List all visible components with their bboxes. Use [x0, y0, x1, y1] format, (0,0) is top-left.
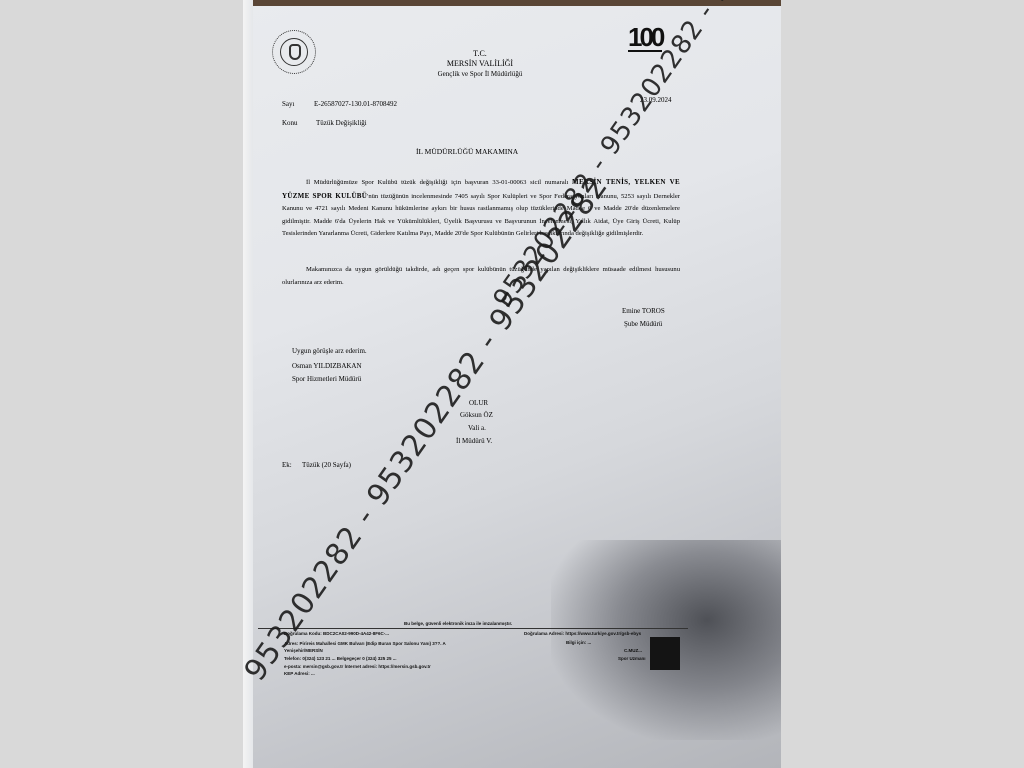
- footer-info-title: Spor Uzmanı: [618, 656, 646, 662]
- footer-email[interactable]: e-posta: mersin@gsb.gov.tr İnternet adre…: [284, 664, 431, 670]
- signer2-intro: Uygun görüşle arz ederim.: [292, 347, 367, 356]
- footer-divider: [258, 628, 688, 629]
- anniversary-logo: 100: [628, 24, 662, 52]
- sayi-value: E-26587027-130.01-8708492: [314, 100, 397, 109]
- approval-olur: OLUR: [469, 399, 488, 408]
- body-paragraph-1: İl Müdürlüğümüze Spor Kulübü tüzük değiş…: [282, 176, 680, 241]
- addressee: İL MÜDÜRLÜĞÜ MAKAMINA: [416, 147, 518, 156]
- konu-value: Tüzük Değişikliği: [316, 119, 367, 128]
- signer1-name: Emine TOROS: [622, 307, 665, 316]
- footer-kep: KEP Adresi: ...: [284, 671, 315, 677]
- footer-info-name: C.MUZ...: [624, 648, 642, 654]
- p1-intro: İl Müdürlüğümüze Spor Kulübü tüzük değiş…: [306, 179, 568, 186]
- sayi-label: Sayı: [282, 100, 294, 109]
- footer-notice: Bu belge, güvenli elektronik imza ile im…: [404, 621, 512, 627]
- approval-title1: Vali a.: [468, 424, 486, 433]
- approval-name: Göksun ÖZ: [460, 411, 493, 420]
- attachment-value: Tüzük (20 Sayfa): [302, 461, 351, 470]
- header-tc: T.C.: [400, 49, 560, 59]
- footer-phone: Telefon: 0(324) 123 21 ... Belgegeçer 0 …: [284, 656, 396, 662]
- attachment-label: Ek:: [282, 461, 292, 470]
- header-mudurluk: Gençlik ve Spor İl Müdürlüğü: [400, 69, 560, 79]
- ministry-emblem-icon: [272, 30, 316, 74]
- footer-verify-address[interactable]: Doğrulama Adresi: https://www.turkiye.go…: [524, 631, 641, 637]
- konu-label: Konu: [282, 119, 298, 128]
- signer1-title: Şube Müdürü: [624, 320, 662, 329]
- footer-info-label: Bilgi için: ...: [566, 640, 591, 646]
- approval-title2: İl Müdürü V.: [456, 437, 492, 446]
- signer2-name: Osman YILDIZBAKAN: [292, 362, 362, 371]
- body-paragraph-2: Makamınızca da uygun görüldüğü takdirde,…: [282, 264, 680, 289]
- signer2-title: Spor Hizmetleri Müdürü: [292, 375, 361, 384]
- footer-address: Adres: Pirireis Mahallesi GMK Bulvarı (E…: [284, 641, 446, 647]
- header-valilik: MERSİN VALİLİĞİ: [400, 59, 560, 69]
- qr-code-icon: [650, 637, 680, 670]
- document-page: [243, 0, 781, 768]
